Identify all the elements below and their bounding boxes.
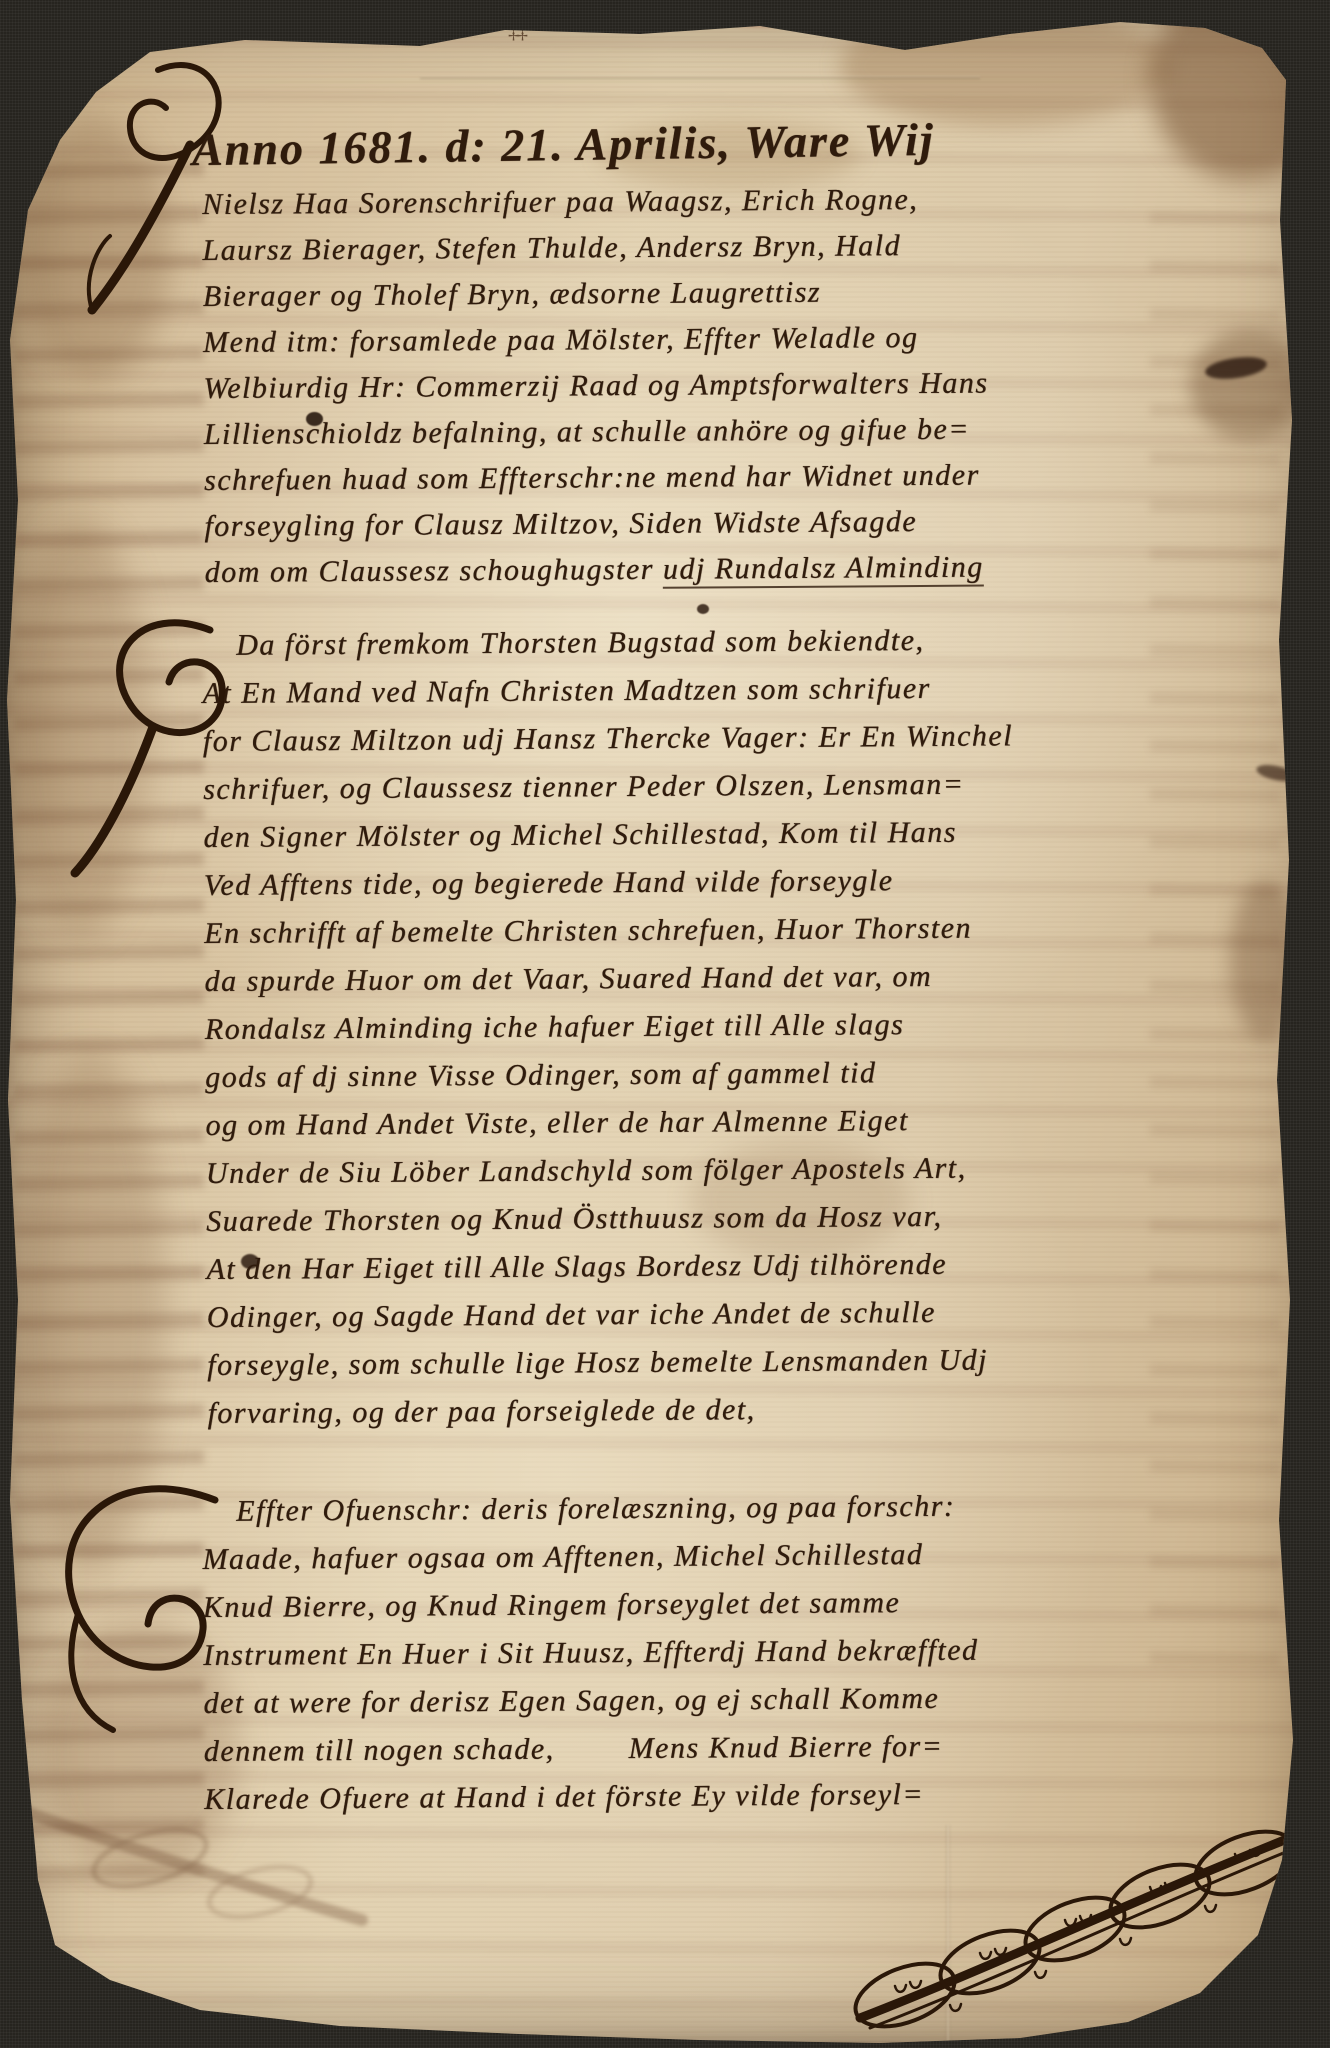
paragraph-1: Nielsz Haa Sorenschrifuer paa Waagsz, Er… <box>202 177 990 596</box>
text-line-underlined: dom om Claussesz schoughugster udj Runda… <box>205 545 990 596</box>
text-line: den Signer Mölster og Michel Schillestad… <box>203 808 1014 862</box>
text-line: for Clausz Miltzon udj Hansz Thercke Vag… <box>203 712 1014 766</box>
text-line: det at were for derisz Egen Sagen, og ej… <box>203 1675 979 1728</box>
text-line: Ved Afftens tide, og begierede Hand vild… <box>204 856 1015 910</box>
stain <box>1230 880 1300 1040</box>
text-line: forseygling for Clausz Miltzov, Siden Wi… <box>204 499 989 550</box>
ink-blot <box>1255 762 1297 784</box>
text-line: Welbiurdig Hr: Commerzij Raad og Amptsfo… <box>203 361 988 412</box>
text-line: En schrifft af bemelte Christen schrefue… <box>204 904 1015 958</box>
text-line: gods af dj sinne Visse Odinger, som af g… <box>205 1048 1016 1102</box>
text-line: Suarede Thorsten og Knud Östthuusz som d… <box>206 1192 1017 1246</box>
text-segment: dom om Claussesz schoughugster <box>205 553 663 589</box>
text-line: schrefuen huad som Effterschr:ne mend ha… <box>204 453 989 504</box>
text-line: Effter Ofuenschr: deris forelæszning, og… <box>202 1483 978 1536</box>
text-line: Knud Bierre, og Knud Ringem forseyglet d… <box>203 1579 979 1632</box>
text-segment: Mens Knud Bierre for= <box>628 1723 943 1773</box>
text-line-split: dennem till nogen schade,Mens Knud Bierr… <box>204 1723 980 1776</box>
text-line: At En Mand ved Nafn Christen Madtzen som… <box>202 664 1013 718</box>
text-line: forseygle, som schulle lige Hosz bemelte… <box>207 1336 1018 1390</box>
heading-line: Anno 1681. d: 21. Aprilis, Ware Wij <box>192 113 935 176</box>
text-line: Odinger, og Sagde Hand det var iche Ande… <box>207 1288 1018 1342</box>
text-line: Lillienschioldz befalning, at schulle an… <box>204 407 989 458</box>
text-segment: dennem till nogen schade, <box>204 1733 555 1768</box>
underlined-phrase: udj Rundalsz Alminding <box>663 551 984 589</box>
text-line: Instrument En Huer i Sit Huusz, Effterdj… <box>203 1627 979 1680</box>
crease <box>420 76 980 79</box>
text-line: Maade, hafuer ogsaa om Afftenen, Michel … <box>202 1531 978 1584</box>
text-line: og om Hand Andet Viste, eller de har Alm… <box>205 1096 1016 1150</box>
stain <box>728 10 792 26</box>
paragraph-2: Da först fremkom Thorsten Bugstad som be… <box>202 616 1018 1438</box>
text-line: forvaring, og der paa forseiglede de det… <box>207 1384 1018 1438</box>
ghost-flourish <box>0 1770 380 1950</box>
text-line: Rondalsz Alminding iche hafuer Eiget til… <box>205 1000 1016 1054</box>
top-edge-mark: ‡‡ <box>508 18 526 44</box>
text-line: Mend itm: forsamlede paa Mölster, Effter… <box>203 315 988 366</box>
ink-blot <box>697 604 709 614</box>
text-line: da spurde Huor om det Vaar, Suared Hand … <box>204 952 1015 1006</box>
text-line: Bierager og Tholef Bryn, ædsorne Laugret… <box>203 269 988 320</box>
stain <box>1150 0 1330 180</box>
text-line: Under de Siu Löber Landschyld som fölger… <box>206 1144 1017 1198</box>
manuscript-page: ‡‡ Anno 1681. d: 21. Aprilis, Ware Wij N… <box>0 0 1330 2048</box>
text-line: schrifuer, og Claussesz tienner Peder Ol… <box>203 760 1014 814</box>
scanned-manuscript: { "page": { "description_colors": { "bac… <box>0 0 1330 2048</box>
text-line: Da först fremkom Thorsten Bugstad som be… <box>202 616 1013 670</box>
pen-flourish <box>810 1790 1330 2048</box>
stain <box>1190 330 1310 440</box>
text-line: At den Har Eiget till Alle Slags Bordesz… <box>206 1240 1017 1294</box>
stain <box>840 6 1170 126</box>
text-line: Laursz Bierager, Stefen Thulde, Andersz … <box>202 223 987 274</box>
text-line: Nielsz Haa Sorenschrifuer paa Waagsz, Er… <box>202 177 987 228</box>
